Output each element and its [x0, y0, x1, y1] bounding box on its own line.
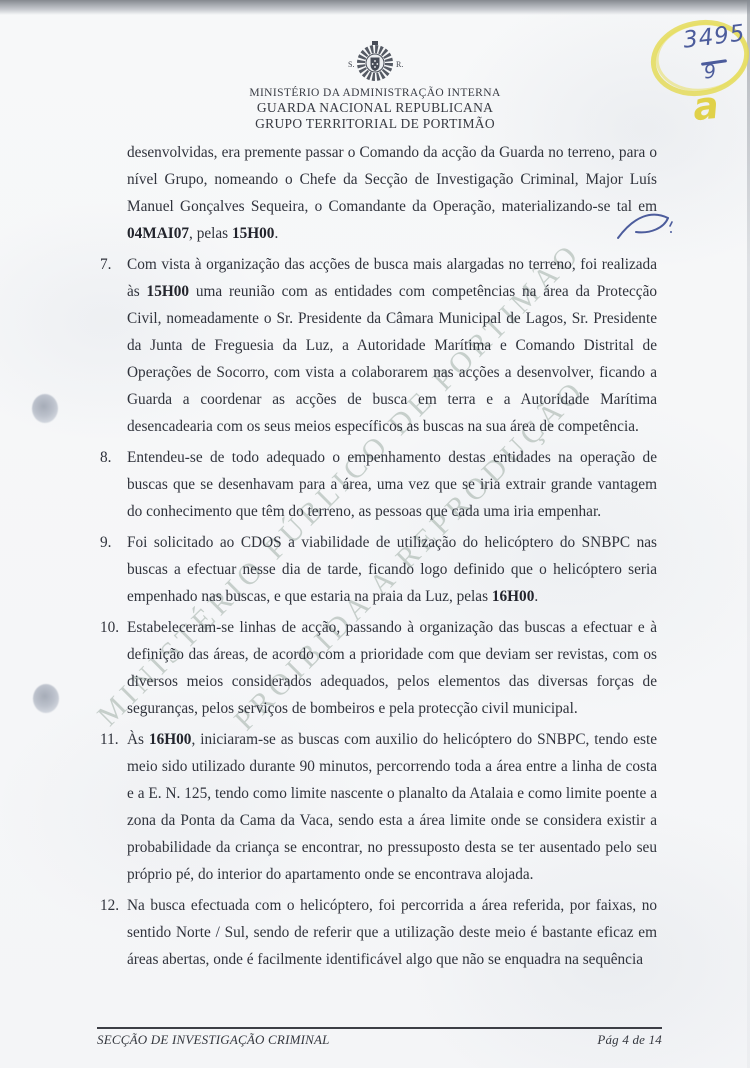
paragraph-number: 8. — [100, 444, 127, 525]
paragraph-number: 10. — [100, 614, 127, 722]
header-unit: GRUPO TERRITORIAL DE PORTIMÃO — [0, 116, 750, 132]
footer-section-title: SECÇÃO DE INVESTIGAÇÃO CRIMINAL — [97, 1032, 330, 1048]
document-header: S. R. MINISTÉRIO DA ADMINISTRAÇÃO INTERN… — [0, 40, 750, 132]
footer-page-indicator: Pág 4 de 14 — [597, 1032, 662, 1048]
paragraph-7: 7.Com vista à organização das acções de … — [100, 251, 657, 440]
hole-punch-top — [32, 394, 58, 423]
paragraph-10: 10.Estabeleceram-se linhas de acção, pas… — [100, 614, 657, 722]
paragraph-12: 12.Na busca efectuada com o helicóptero,… — [100, 892, 657, 973]
handwritten-page-number-sub: 9 — [703, 61, 717, 84]
paragraph-text: Entendeu-se de todo adequado o empenhame… — [127, 444, 657, 525]
header-ministry: MINISTÉRIO DA ADMINISTRAÇÃO INTERNA — [0, 87, 750, 99]
paragraph-text: Na busca efectuada com o helicóptero, fo… — [127, 892, 657, 973]
paragraph-text: Às 16H00, iniciaram-se as buscas com aux… — [127, 726, 657, 888]
header-organization: GUARDA NACIONAL REPUBLICANA — [0, 100, 750, 116]
paragraph-11: 11.Às 16H00, iniciaram-se as buscas com … — [100, 726, 657, 888]
paragraph-number: 9. — [100, 529, 127, 610]
scan-top-edge — [0, 0, 750, 15]
paragraph-text: Estabeleceram-se linhas de acção, passan… — [127, 614, 657, 722]
pen-squiggle-mark — [612, 208, 674, 256]
gnr-crest-icon: S. R. — [340, 40, 410, 86]
paragraph-text: Com vista à organização das acções de bu… — [127, 251, 657, 440]
paragraph-number — [100, 139, 127, 247]
paragraph-9: 9.Foi solicitado ao CDOS a viabilidade d… — [100, 529, 657, 610]
paragraph-number: 7. — [100, 251, 127, 440]
paragraph-number: 12. — [100, 892, 127, 973]
paragraph-text: Foi solicitado ao CDOS a viabilidade de … — [127, 529, 657, 610]
document-body: desenvolvidas, era premente passar o Com… — [100, 139, 657, 977]
paragraph-continuation: desenvolvidas, era premente passar o Com… — [100, 139, 657, 247]
paragraph-number: 11. — [100, 726, 127, 888]
svg-text:R.: R. — [396, 60, 403, 69]
hole-punch-bottom — [33, 684, 59, 713]
scanned-page: MINISTÉRIO PÚBLICO DE PORTIMÃO PROIBIDA … — [0, 0, 750, 1068]
footer-rule — [97, 1027, 662, 1029]
paragraph-8: 8.Entendeu-se de todo adequado o empenha… — [100, 444, 657, 525]
svg-text:S.: S. — [348, 60, 354, 69]
highlighter-letter: a — [691, 83, 721, 129]
document-footer: SECÇÃO DE INVESTIGAÇÃO CRIMINAL Pág 4 de… — [97, 1027, 662, 1048]
paragraph-text: desenvolvidas, era premente passar o Com… — [127, 139, 657, 247]
